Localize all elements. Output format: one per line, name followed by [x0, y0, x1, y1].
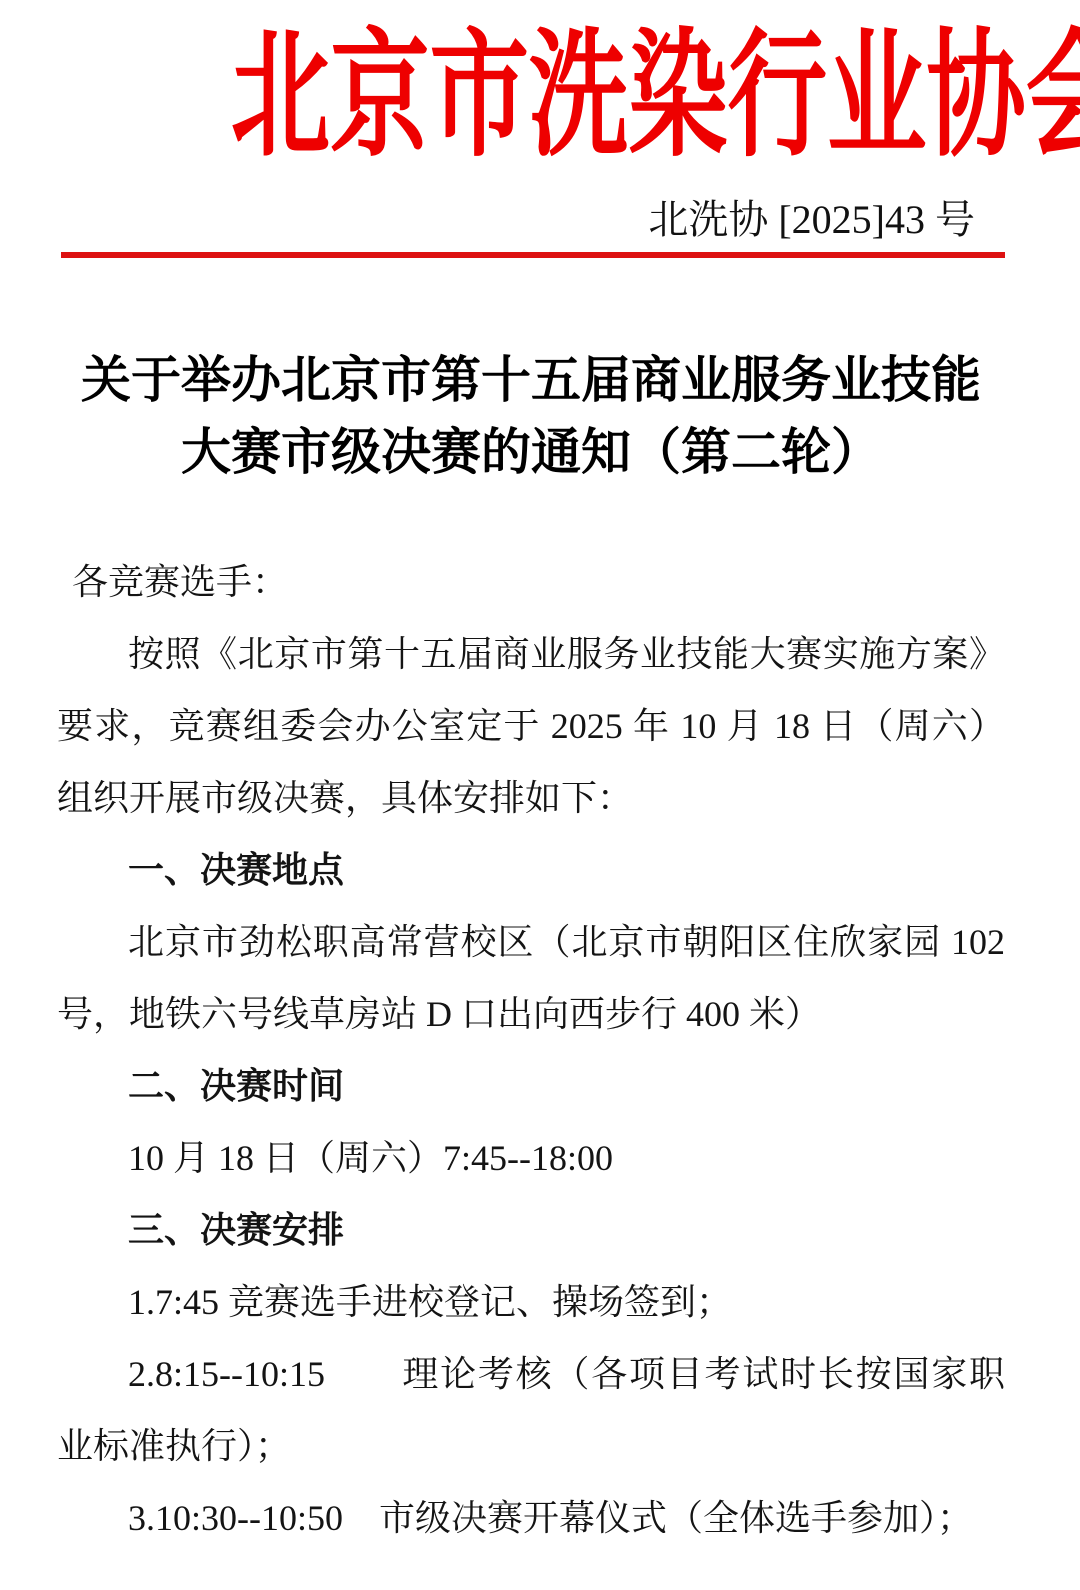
- intro-paragraph-line-2: 要求，竞赛组委会办公室定于 2025 年 10 月 18 日（周六）: [57, 690, 1005, 762]
- section-3-item-2-line-1: 2.8:15--10:15 理论考核（各项目考试时长按国家职: [57, 1338, 1005, 1410]
- section-3-item-1: 1.7:45 竞赛选手进校登记、操场签到；: [57, 1266, 1005, 1338]
- document-number: 北洗协 [2025]43 号: [57, 192, 1005, 248]
- org-masthead: 北京市洗染行业协会: [57, 12, 1005, 182]
- notice-title: 关于举办北京市第十五届商业服务业技能 大赛市级决赛的通知（第二轮）: [57, 344, 1005, 488]
- section-3-heading: 三、决赛安排: [57, 1194, 1005, 1266]
- notice-body: 各竞赛选手： 按照《北京市第十五届商业服务业技能大赛实施方案》 要求，竞赛组委会…: [57, 546, 1005, 1554]
- intro-paragraph-line-1: 按照《北京市第十五届商业服务业技能大赛实施方案》: [57, 618, 1005, 690]
- notice-title-line1: 关于举办北京市第十五届商业服务业技能: [57, 344, 1005, 416]
- section-1-line-1: 北京市劲松职高常营校区（北京市朝阳区住欣家园 102: [57, 906, 1005, 978]
- section-2-heading: 二、决赛时间: [57, 1050, 1005, 1122]
- section-2-line-1: 10 月 18 日（周六）7:45--18:00: [57, 1122, 1005, 1194]
- document-page: 北京市洗染行业协会 北洗协 [2025]43 号 关于举办北京市第十五届商业服务…: [0, 0, 1080, 1590]
- salutation: 各竞赛选手：: [57, 546, 1005, 618]
- intro-paragraph-line-3: 组织开展市级决赛，具体安排如下：: [57, 762, 1005, 834]
- red-divider-line: [61, 252, 1005, 258]
- section-3-item-3: 3.10:30--10:50 市级决赛开幕仪式（全体选手参加）；: [57, 1482, 1005, 1554]
- org-name-title: 北京市洗染行业协会: [231, 12, 1080, 182]
- section-1-line-2: 号，地铁六号线草房站 D 口出向西步行 400 米）: [57, 978, 1005, 1050]
- notice-title-line2: 大赛市级决赛的通知（第二轮）: [57, 416, 1005, 488]
- section-1-heading: 一、决赛地点: [57, 834, 1005, 906]
- section-3-item-2-line-2: 业标准执行）；: [57, 1410, 1005, 1482]
